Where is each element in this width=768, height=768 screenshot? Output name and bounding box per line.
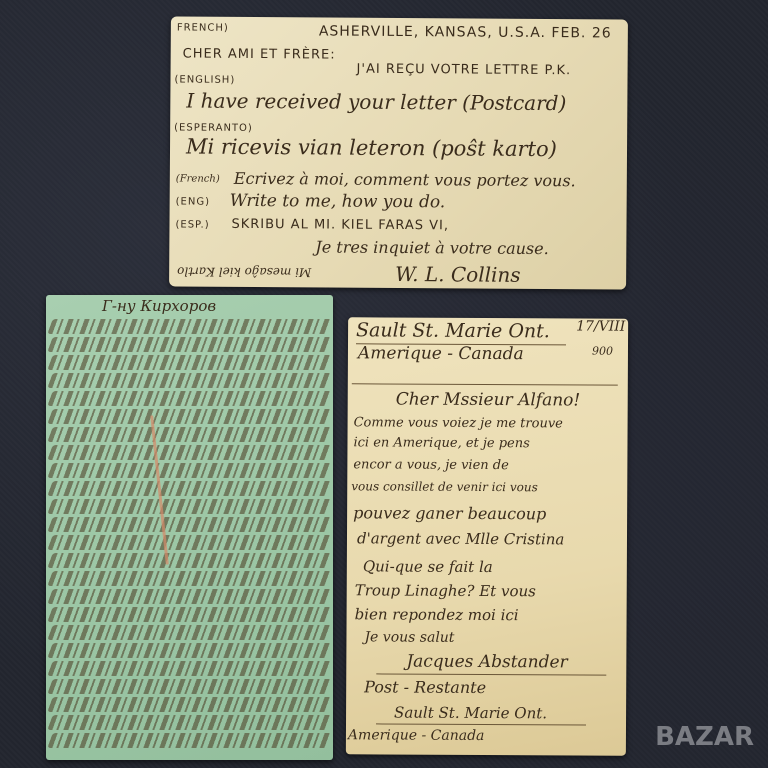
letter-line-9: bien repondez moi ici [355,605,519,624]
salutation: CHER AMI ET FRÈRE: [183,46,336,62]
esperanto-write-line: SKRIBU AL MI. KIEL FARAS VI, [231,217,449,234]
greeting: Cher Mssieur Alfano! [396,390,581,411]
letter-line-8: Troup Linaghe? Et vous [355,581,536,600]
place-line: Sault St. Marie Ont. [356,319,550,342]
address-underline [376,723,586,725]
postcard-canada: Sault St. Marie Ont. 17/VIII 900 Ameriqu… [346,317,628,755]
place-date: ASHERVILLE, KANSAS, U.S.A. FEB. 26 [319,23,612,41]
letter-line-10: Je vous salut [364,629,454,645]
postcard-cyrillic: Г-ну Кирхоров [46,295,333,760]
upside-down-note: Mi mesaĝo kiel Kartlo [177,264,311,279]
english-label: (ENGLISH) [174,74,235,85]
divider-line [352,383,618,385]
signature-underline [376,673,606,675]
english-write-line: Write to me, how you do. [230,191,446,213]
english-label-2: (ENG) [176,196,210,207]
letter-line-1: Comme vous voiez je me trouve [354,415,563,431]
letter-line-2: ici en Amerique, et je pens [353,435,529,451]
french-label: FRENCH) [177,22,229,33]
letter-line-3: encor a vous, je vien de [353,457,509,473]
letter-line-4: vous consillet de venir ici vous [351,479,538,494]
french-write-line: Ecrivez à moi, comment vous portez vous. [234,169,576,190]
address-line-1: Post - Restante [364,677,486,697]
address-line-2: Sault St. Marie Ont. [394,704,547,723]
postcard-multilingual: FRENCH) ASHERVILLE, KANSAS, U.S.A. FEB. … [169,16,628,289]
cyrillic-header: Г-ну Кирхоров [102,297,216,315]
address-line-3: Amerique - Canada [348,727,485,744]
esperanto-label: (ESPERANTO) [174,122,253,134]
closing-line: Je tres inquiet à votre cause. [315,237,549,258]
date-day: 17/VIII [576,318,625,334]
letter-line-6: d'argent avec Mlle Cristina [357,529,565,548]
letter-line-7: Qui-que se fait la [363,557,493,576]
letter-line-5: pouvez ganer beaucoup [353,503,546,523]
signature: Jacques Abstander [406,652,567,673]
signature: W. L. Collins [395,262,521,287]
french-label-2: (French) [176,173,220,184]
english-received-line: I have received your letter (Postcard) [186,89,566,116]
bazar-watermark-logo: BAZAR [655,722,754,752]
country-line: Amerique - Canada [358,343,524,364]
esperanto-received-line: Mi ricevis vian leteron (poŝt karto) [186,135,557,162]
french-received-line: J'AI REÇU VOTRE LETTRE P.K. [357,62,572,78]
esperanto-label-2: (ESP.) [175,219,209,230]
date-year: 900 [592,345,613,358]
